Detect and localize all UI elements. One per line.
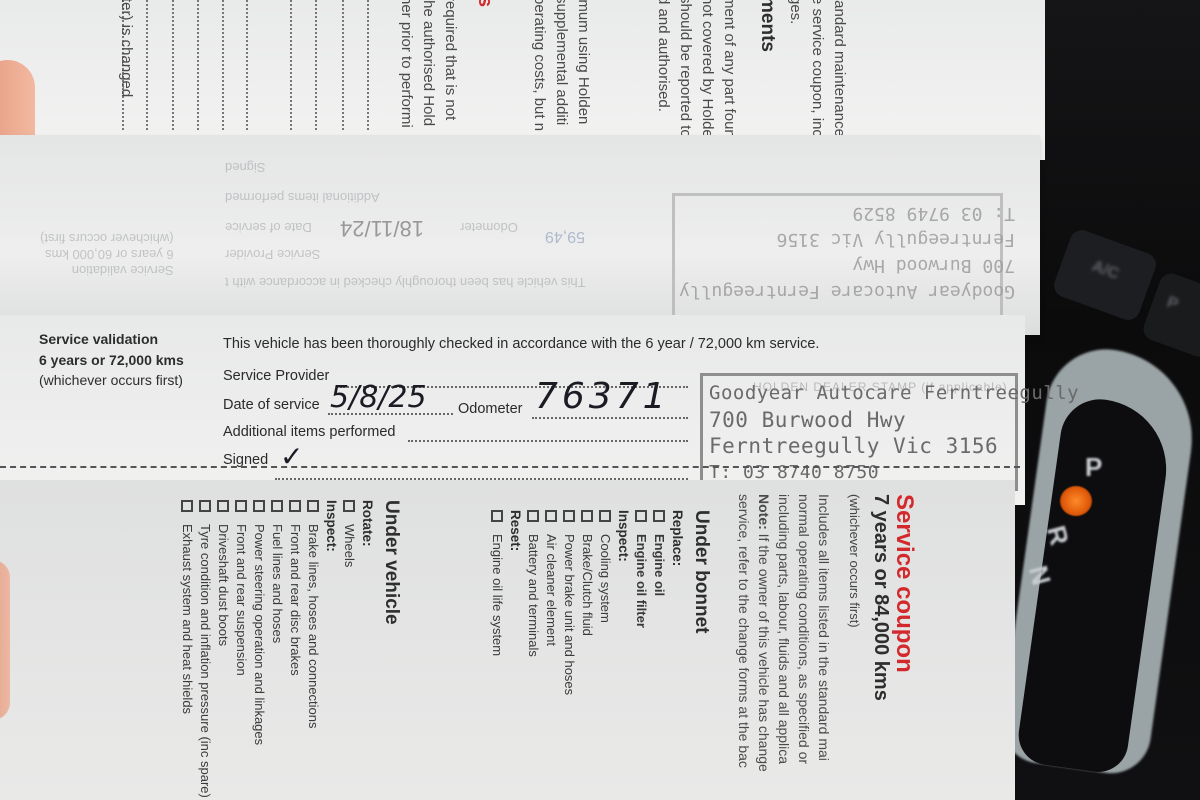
dotted-line: [246, 0, 248, 130]
checklist-item: Brake lines, hoses and connections: [304, 500, 322, 798]
mirrored-statement: This vehicle has been thoroughly checked…: [225, 275, 586, 290]
checklist-item: Brake/Clutch fluid: [578, 510, 596, 695]
checkbox[interactable]: [253, 500, 265, 512]
service-provider-label: Service Provider: [223, 368, 329, 384]
service-coupon-title: Service coupon: [890, 494, 918, 673]
checkbox[interactable]: [343, 500, 355, 512]
text-line: the authorised Hold: [416, 0, 440, 126]
text-line: ges.: [783, 0, 807, 24]
mirrored-provider: Service Provider: [225, 247, 320, 262]
checklist-item: Tyre condition and inflation pressure (i…: [196, 500, 214, 798]
checklist-item-label: Engine oil: [650, 534, 668, 596]
text-line: ner prior to performi: [394, 0, 418, 128]
red-heading-fragment: s: [473, 0, 496, 7]
checklist-group-label: Inspect:: [322, 500, 340, 798]
service-coupon-page: Service coupon 7 years or 84,000 kms (wh…: [0, 480, 1015, 800]
dotted-line: [197, 0, 199, 130]
under-vehicle-list: Rotate:WheelsInspect:Brake lines, hoses …: [178, 500, 376, 798]
stamp-line: T: 03 9749 8529: [679, 200, 1015, 226]
text-line: ment of any part foun: [717, 0, 741, 138]
text-line: required that is not: [438, 0, 462, 120]
checklist-group-label: Rotate:: [358, 500, 376, 798]
button-label: A/C: [1089, 258, 1121, 284]
checklist-group-label: Replace:: [668, 510, 686, 695]
date-of-service-label: Date of service: [223, 397, 320, 413]
validation-interval: 6 years or 72,000 kms: [39, 352, 184, 368]
checklist-item: Cooling system: [596, 510, 614, 695]
odometer-field[interactable]: [532, 417, 688, 419]
text-line: imum using Holden: [571, 0, 595, 124]
checklist-item: Wheels: [340, 500, 358, 798]
dotted-line: [172, 0, 174, 130]
mirrored-additional: Additional items performed: [225, 190, 380, 205]
checkbox[interactable]: [581, 510, 593, 522]
checklist-item: Engine oil life system: [488, 510, 506, 695]
checkbox[interactable]: [599, 510, 611, 522]
text-line: d and authorised.: [651, 0, 675, 112]
dotted-line: [222, 0, 224, 130]
mirrored-dealer-stamp: Goodyear Autocare Ferntreegully 700 Burw…: [672, 193, 1003, 319]
checkbox[interactable]: [563, 510, 575, 522]
checklist-item: Battery and terminals: [524, 510, 542, 695]
checklist-item-label: Front and rear suspension: [232, 524, 250, 676]
section-heading: ments: [756, 0, 778, 52]
checklist-item: Driveshaft dust boots: [214, 500, 232, 798]
mirrored-text: 6 years or 60,000 kms: [40, 246, 174, 262]
checklist-item-label: Power steering operation and linkages: [250, 524, 268, 745]
checkbox[interactable]: [527, 510, 539, 522]
checklist-item: Front and rear suspension: [232, 500, 250, 798]
signature: ✓: [280, 440, 303, 473]
dotted-line: [146, 0, 148, 130]
checkbox[interactable]: [217, 500, 229, 512]
text-line: e service coupon, incl: [805, 0, 829, 140]
text-line: ter) is changed: [114, 0, 138, 97]
checkbox[interactable]: [307, 500, 319, 512]
additional-items-field[interactable]: [408, 440, 688, 442]
tear-off-cut-line: [0, 466, 1020, 468]
mirrored-date-label: Date of service: [225, 220, 312, 235]
mirrored-text: Service validation: [40, 262, 174, 278]
dotted-line: [342, 0, 344, 130]
additional-items-label: Additional items performed: [223, 424, 395, 440]
checklist-item-label: Fuel lines and hoses: [268, 524, 286, 643]
button-label: P: [1164, 294, 1180, 315]
checklist-item-label: Front and rear disc brakes: [286, 524, 304, 676]
service-coupon-interval: 7 years or 84,000 kms: [869, 494, 892, 701]
note-line: If the owner of this vehicle has change: [756, 530, 772, 772]
odometer-label: Odometer: [458, 401, 522, 417]
checkbox[interactable]: [653, 510, 665, 522]
gear-indicator-light: [1060, 486, 1092, 516]
stamp-line: Ferntreegully Vic 3156: [679, 226, 1015, 252]
mirrored-stamp-text: Goodyear Autocare Ferntreegully 700 Burw…: [679, 200, 1015, 304]
dotted-line: [290, 0, 292, 130]
mirrored-validation-block: Service validation 6 years or 60,000 kms…: [40, 230, 174, 278]
checkbox[interactable]: [181, 500, 193, 512]
text-line: supplemental additi: [549, 0, 573, 125]
coupon-note-line: service, refer to the change forms at th…: [732, 494, 756, 768]
checkbox[interactable]: [635, 510, 647, 522]
text-line: should be reported to: [673, 0, 697, 138]
stamp-address: 700 Burwood Hwy: [709, 408, 906, 432]
text-line: not covered by Holde: [695, 0, 719, 138]
mirrored-text: (whichever occurs first): [40, 230, 174, 246]
stamp-line: Goodyear Autocare Ferntreegully: [679, 278, 1015, 304]
checklist-item-label: Wheels: [340, 524, 358, 567]
gear-letter-p: P: [1085, 452, 1102, 483]
checkbox[interactable]: [271, 500, 283, 512]
odometer-value: 76371: [535, 376, 670, 417]
checklist-item-label: Air cleaner element: [542, 534, 560, 646]
checklist-item-label: Tyre condition and inflation pressure (i…: [196, 524, 214, 798]
service-coupon-whichever: (whichever occurs first): [847, 494, 862, 628]
validation-statement: This vehicle has been thoroughly checked…: [223, 336, 819, 352]
checklist-group-label: Inspect:: [614, 510, 632, 695]
mirrored-date-value: 18/11/24: [340, 215, 424, 241]
validation-title: Service validation: [39, 331, 158, 347]
mirrored-odometer-value: 59,49: [545, 227, 585, 245]
text-line: tandard maintenance: [827, 0, 851, 137]
finger: [0, 560, 10, 720]
under-bonnet-column: Under bonnet Replace:Engine oilEngine oi…: [488, 510, 712, 695]
checklist-item: Engine oil filter: [632, 510, 650, 695]
checklist-item: Power brake unit and hoses: [560, 510, 578, 695]
stamp-business-name: Goodyear Autocare Ferntreegully: [709, 382, 1079, 404]
dotted-line: [367, 0, 369, 130]
checklist-item: Air cleaner element: [542, 510, 560, 695]
checklist-item: Fuel lines and hoses: [268, 500, 286, 798]
checklist-item-label: Exhaust system and heat shields: [178, 524, 196, 714]
checklist-item: Exhaust system and heat shields: [178, 500, 196, 798]
validation-whichever: (whichever occurs first): [39, 372, 183, 388]
checklist-item-label: Battery and terminals: [524, 534, 542, 657]
checklist-item-label: Brake lines, hoses and connections: [304, 524, 322, 729]
checklist-item-label: Brake/Clutch fluid: [578, 534, 596, 636]
checkbox[interactable]: [289, 500, 301, 512]
under-vehicle-title: Under vehicle: [380, 500, 402, 798]
stamp-line: 700 Burwood Hwy: [679, 252, 1015, 278]
under-bonnet-list: Replace:Engine oilEngine oil filterInspe…: [488, 510, 686, 695]
under-vehicle-column: Under vehicle Rotate:WheelsInspect:Brake…: [178, 500, 402, 798]
checklist-group-label: Reset:: [506, 510, 524, 695]
checklist-item-label: Engine oil filter: [632, 534, 650, 628]
checkbox[interactable]: [545, 510, 557, 522]
checklist-item: Engine oil: [650, 510, 668, 695]
checklist-item-label: Power brake unit and hoses: [560, 534, 578, 695]
checklist-item-label: Engine oil life system: [488, 534, 506, 656]
stamp-suburb: Ferntreegully Vic 3156: [709, 434, 998, 458]
date-of-service-value: 5/8/25: [330, 380, 427, 415]
dealer-stamp: HOLDEN DEALER STAMP (if applicable) Good…: [700, 373, 1018, 491]
folded-previous-coupon: Service validation 6 years or 60,000 kms…: [0, 135, 1040, 335]
mirrored-signed: Signed: [225, 160, 265, 175]
checklist-item-label: Driveshaft dust boots: [214, 524, 232, 646]
note-label: Note:: [756, 494, 772, 530]
checkbox[interactable]: [199, 500, 211, 512]
under-bonnet-title: Under bonnet: [690, 510, 712, 695]
checkbox[interactable]: [491, 510, 503, 522]
checklist-item: Power steering operation and linkages: [250, 500, 268, 798]
checklist-item-label: Cooling system: [596, 534, 614, 623]
mirrored-odometer-label: Odometer: [460, 220, 518, 235]
dotted-line: [315, 0, 317, 130]
text-line: perating costs, but n: [527, 0, 551, 131]
checkbox[interactable]: [235, 500, 247, 512]
checklist-item: Front and rear disc brakes: [286, 500, 304, 798]
